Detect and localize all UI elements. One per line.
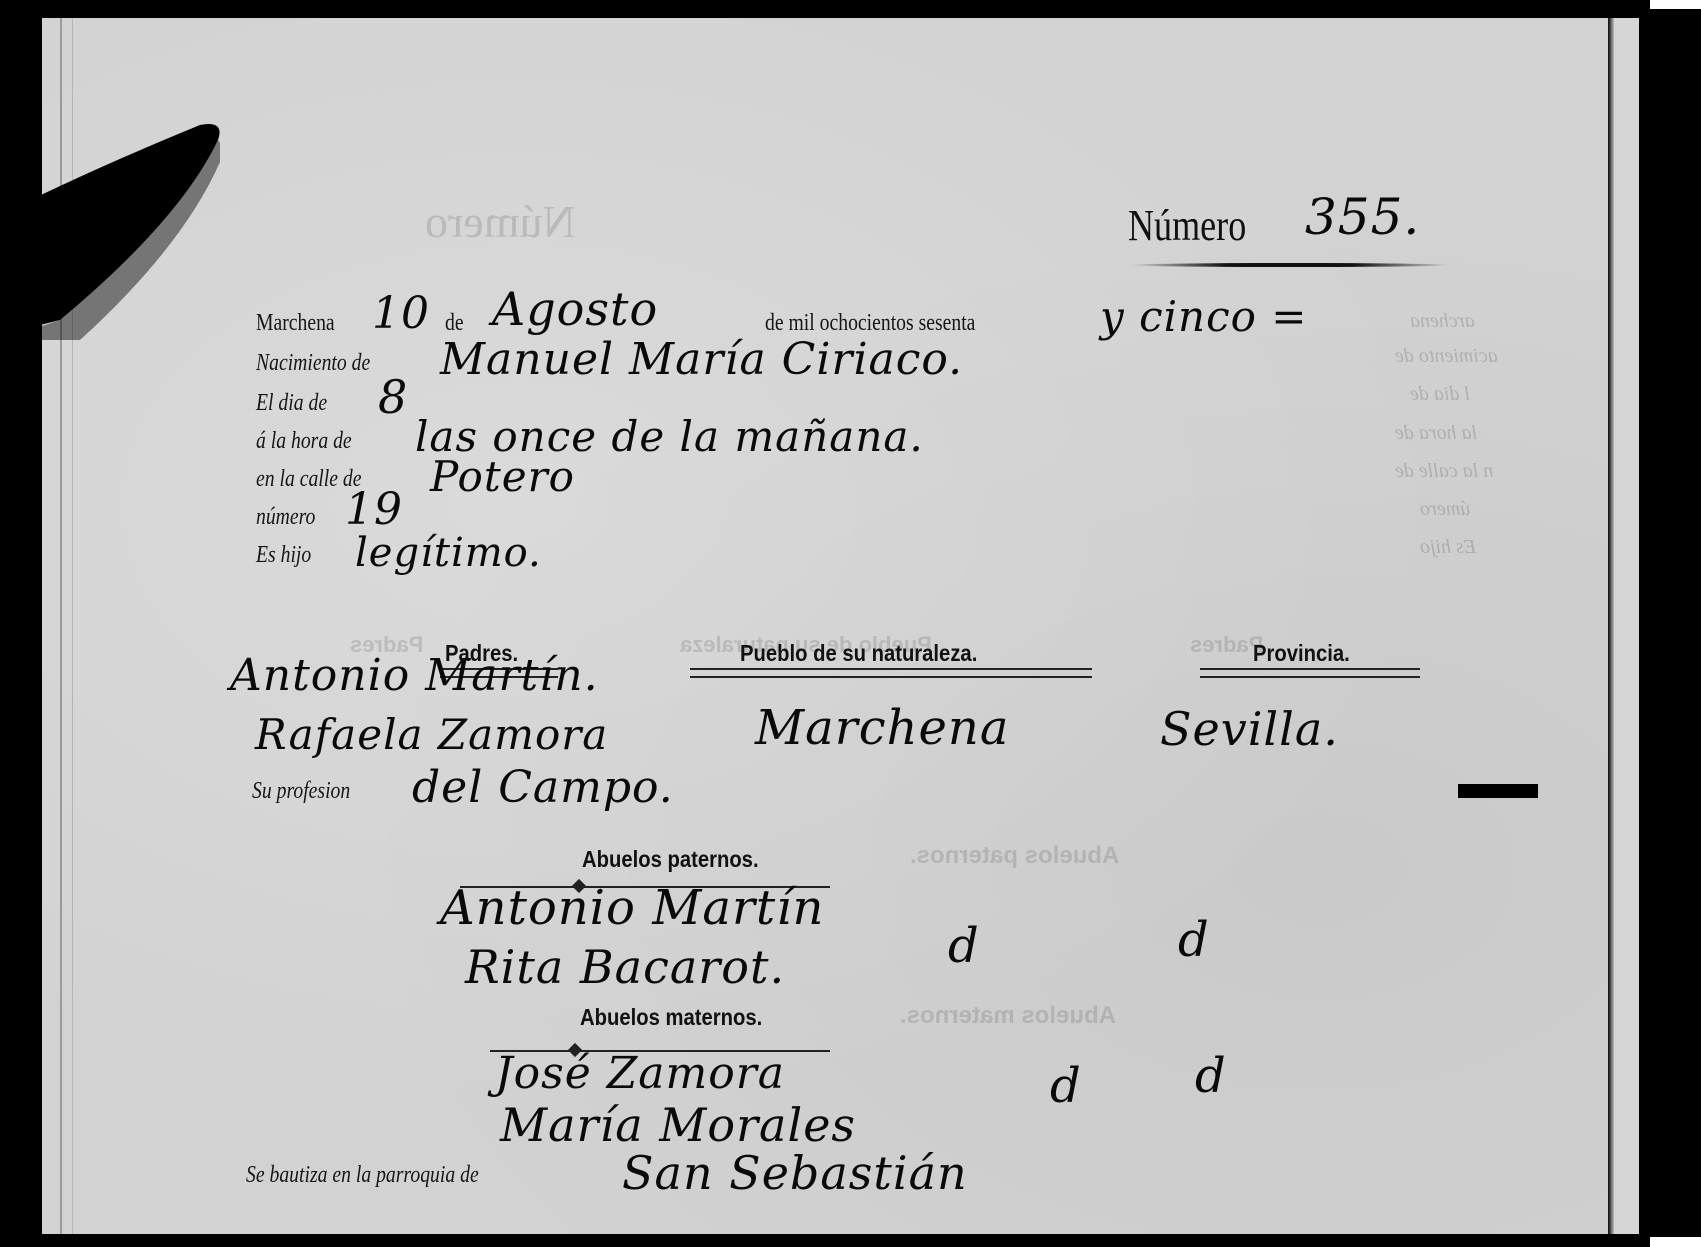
year-label: de mil ochocientos sesenta	[765, 310, 975, 337]
ghost-margin-7: Es hijo	[1420, 536, 1476, 559]
ghost-numero: Número	[425, 195, 576, 248]
numero-value: 355.	[1305, 188, 1420, 246]
maternal-grandmother: María Morales	[500, 1098, 856, 1152]
calle-value: Potero	[430, 452, 575, 501]
deceased-mark-icon: d	[948, 918, 979, 974]
ghost-margin-3: l dia de	[1410, 383, 1470, 406]
pueblo-value: Marchena	[755, 700, 1009, 756]
parroquia-value: San Sebastián	[622, 1146, 968, 1200]
mother-name: Rafaela Zamora	[255, 710, 608, 759]
numero-label: Número	[1128, 200, 1246, 251]
ghost-paternos: Abuelos paternos.	[910, 842, 1119, 870]
father-name: Antonio Martín.	[230, 650, 599, 701]
parroquia-label: Se bautiza en la parroquia de	[246, 1162, 479, 1189]
nacimiento-label: Nacimiento de	[256, 350, 370, 377]
place-label: Marchena	[256, 310, 335, 337]
hijo-value: legítimo.	[355, 530, 542, 576]
dia-value: 8	[378, 370, 408, 424]
nacimiento-value: Manuel María Ciriaco.	[440, 334, 963, 385]
maternal-grandfather: José Zamora	[495, 1048, 785, 1099]
paternal-grandfather: Antonio Martín	[440, 880, 824, 936]
redaction-bar	[1458, 784, 1538, 798]
scan-border	[1650, 0, 1701, 9]
abuelos-paternos-header: Abuelos paternos.	[582, 846, 759, 873]
dia-label: El dia de	[256, 390, 327, 417]
ghost-margin-2: acimiento de	[1395, 345, 1498, 368]
profesion-value: del Campo.	[412, 762, 674, 813]
ghost-margin-5: n la calle de	[1395, 460, 1493, 483]
month-value: Agosto	[492, 282, 658, 336]
paternal-grandmother: Rita Bacarot.	[465, 940, 785, 994]
hora-label: á la hora de	[256, 428, 352, 455]
de-label: de	[445, 310, 464, 337]
deceased-mark-icon: d	[1050, 1058, 1081, 1114]
numero-underline	[1130, 263, 1450, 267]
ghost-margin-1: archena	[1410, 310, 1475, 333]
next-page-strip	[1614, 18, 1639, 1234]
profesion-label: Su profesion	[252, 778, 350, 805]
deceased-mark-icon: d	[1195, 1048, 1226, 1104]
deceased-mark-icon: d	[1178, 912, 1209, 968]
provincia-header-rule	[1200, 668, 1420, 678]
pueblo-header-rule	[690, 668, 1092, 678]
ghost-maternos: Abuelos maternos.	[900, 1002, 1116, 1030]
pueblo-header: Pueblo de su naturaleza.	[740, 640, 977, 667]
pen-tip-shadow	[0, 120, 220, 340]
hijo-label: Es hijo	[256, 542, 311, 569]
scan-border	[1650, 1237, 1701, 1247]
numero-casa-label: número	[256, 504, 315, 531]
ghost-margin-4: la hora de	[1395, 422, 1477, 445]
provincia-value: Sevilla.	[1160, 702, 1339, 756]
ghost-margin-6: úmero	[1420, 498, 1470, 521]
abuelos-maternos-header: Abuelos maternos.	[580, 1004, 762, 1031]
year-suffix: y cinco =	[1100, 292, 1307, 341]
numero-casa-value: 19	[345, 484, 403, 535]
day-value: 10	[372, 288, 430, 339]
provincia-header: Provincia.	[1253, 640, 1350, 667]
